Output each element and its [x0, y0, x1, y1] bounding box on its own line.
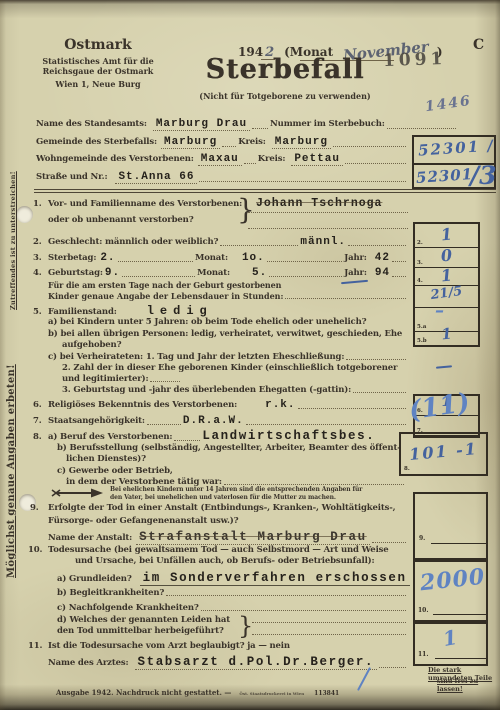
strasse-label: Straße und Nr.: [36, 172, 107, 182]
q1-value: Johann Tschrnoga [256, 197, 382, 210]
form-subtitle: (Nicht für Totgeborene zu verwenden) [185, 91, 385, 101]
q6-number: 6. [33, 400, 48, 410]
issuer-office-line1: Statistisches Amt für die [38, 56, 158, 66]
field-gemeinde: Gemeinde des Sterbefalls: Marburg Kreis:… [36, 136, 408, 149]
q4-month: 5. [252, 267, 267, 279]
code-line2-number: 52301 [415, 165, 473, 187]
issuer-office-line2: Reichsgaue der Ostmark [38, 66, 158, 76]
q9-label2: Fürsorge- oder Gefangenenanstalt usw.)? [48, 516, 238, 526]
q10a-row: a) Grundleiden? im Sonderverfahren ersch… [57, 571, 408, 586]
q3-day: 2. [100, 252, 115, 264]
q10-label2: und Ursache, bei Unfällen auch, ob Beruf… [75, 556, 375, 566]
q9-row1: 9. Erfolgte der Tod in einer Anstalt (En… [30, 503, 410, 513]
q10-label1: Todesursache (bei gewaltsamem Tod — auch… [48, 545, 389, 555]
standesamt-value: Marburg Drau [153, 118, 250, 131]
q3-month: 1o. [242, 252, 265, 264]
q5c3-row: 3. Geburtstag und -jahr des überlebenden… [62, 385, 408, 395]
penciled-number: 1446 [424, 93, 473, 115]
kreis2-label: Kreis: [258, 154, 286, 164]
q8b-label1: b) Berufsstellung (selbständig, Angestel… [57, 443, 401, 453]
registry-code-box: 52301 / 52301 /3 [412, 135, 496, 189]
q4-month-label: Monat: [197, 268, 230, 278]
corner-mark: C [473, 37, 484, 53]
arrow-icon [50, 487, 104, 499]
q5c2-blue-dash [436, 365, 452, 368]
code-line1: 52301 / [417, 136, 495, 159]
q11-name-value: Stabsarzt d.Pol.Dr.Berger. [135, 655, 378, 670]
answer-box-10: 10. 2000 [413, 560, 488, 622]
answer-box-9: 9. [413, 492, 488, 560]
blue-check-mark [357, 667, 371, 691]
q10-number: 10. [28, 545, 48, 555]
q6-value: r.k. [265, 399, 295, 411]
wohngemeinde-label: Wohngemeinde des Verstorbenen: [36, 154, 194, 164]
q1-label2: oder ob unbenannt verstorben? [48, 215, 194, 225]
q9-number: 9. [30, 503, 48, 513]
q11-label: Ist die Todesursache vom Arzt beglaubigt… [48, 641, 290, 651]
q4-label: Geburtstag: [48, 268, 103, 278]
q10a-label: a) Grundleiden? [57, 574, 132, 584]
answer-box-11: 11. 1 [413, 622, 488, 666]
q11-name-row: Name des Arztes: Stabsarzt d.Pol.Dr.Berg… [48, 655, 408, 670]
issuer-block: Ostmark Statistisches Amt für die Reichs… [38, 37, 158, 89]
field-strasse: Straße und Nr.: St.Anna 66 [36, 171, 408, 184]
serial-stamp: 1091 [383, 49, 447, 71]
q5c2-label1: 2. Zahl der in dieser Ehe geborenen Kind… [62, 363, 397, 373]
q6-label: Religiöses Bekenntnis des Verstorbenen: [48, 400, 237, 410]
q4-number: 4. [33, 268, 48, 278]
q9-name-label: Name der Anstalt: [48, 533, 132, 543]
q4-note2-row: Kinder genaue Angabe der Lebensdauer in … [48, 291, 408, 301]
q10c-row: c) Nachfolgende Krankheiten? [57, 603, 408, 613]
q11-row: 11. Ist die Todesursache vom Arzt beglau… [28, 641, 410, 651]
code-line2-fraction: /3 [470, 161, 497, 190]
header-divider [34, 189, 496, 193]
q11-number: 11. [28, 641, 48, 651]
punch-hole-top [16, 206, 33, 223]
q10b-label: b) Begleitkrankheiten? [57, 588, 164, 598]
q8a-label: a) Beruf des Verstorbenen: [48, 432, 172, 442]
q2-value: männl. [300, 236, 346, 248]
answer-label-8: 8. [404, 466, 410, 472]
kreis1-value: Marburg [272, 136, 331, 149]
q7-label: Staatsangehörigkeit: [48, 416, 145, 426]
q5a-label: a) bei Kindern unter 5 Jahren: ob beim T… [48, 317, 366, 327]
kreis2-value: Pettau [291, 153, 343, 166]
q7-value: D.R.a.W. [183, 415, 244, 427]
q5c1-label: c) bei Verheirateten: 1. Tag und Jahr de… [48, 352, 344, 362]
q10a-value: im Sonderverfahren erschossen [140, 571, 410, 586]
q4-year-label: Jahr: [344, 268, 367, 278]
arrow-note-line2: den Vater, bei unehelichen und vaterlose… [110, 494, 336, 501]
kreis1-label: Kreis: [238, 137, 266, 147]
q8a-value: Landwirtschaftsbes. [202, 429, 375, 443]
q4-year-blue-underline [341, 280, 368, 284]
margin-note-underline: Zutreffendes ist zu unterstreichen! [9, 171, 17, 310]
imprint-text: Ausgabe 1942. Nachdruck nicht gestattet.… [56, 688, 231, 697]
q8-number: 8. [33, 432, 48, 442]
q6-row: 6. Religiöses Bekenntnis des Verstorbene… [33, 399, 408, 411]
answer-value-11: 1 [441, 625, 459, 651]
q2-number: 2. [33, 237, 48, 247]
q5-number: 5. [33, 307, 48, 317]
q4-day: 9. [105, 267, 120, 279]
q7-row: 7. Staatsangehörigkeit: D.R.a.W. [33, 415, 408, 427]
q1-brace: } [237, 193, 255, 226]
q5c2-label2: und legitimierter): [62, 374, 148, 384]
q3-month-label: Monat: [195, 253, 228, 263]
q8c-label1: c) Gewerbe oder Betrieb, [57, 466, 173, 476]
answer-box-8: 8. 101 -1 [399, 432, 488, 476]
issuer-region: Ostmark [38, 37, 158, 53]
q5b-label1: b) bei allen übrigen Personen: ledig, ve… [48, 329, 402, 339]
q3-number: 3. [33, 253, 48, 263]
answer-value-10: 2000 [419, 564, 487, 597]
q4-note1: Für die am ersten Tage nach der Geburt g… [48, 280, 281, 290]
q5b-label2: aufgehoben? [62, 340, 121, 350]
q3-row: 3. Sterbetag: 2. Monat: 1o. Jahr: 42 [33, 252, 408, 264]
standesamt-label: Name des Standesamts: [36, 119, 147, 129]
print-number: 113841 [314, 690, 339, 697]
q4-year: 94 [375, 267, 390, 279]
answer-value-5a: – [401, 300, 478, 321]
answer-value-8: 101 -1 [400, 438, 486, 464]
q5c2-row2: und legitimierter): [62, 374, 188, 384]
sterbebuch-label: Nummer im Sterbebuch: [270, 119, 385, 129]
q1-label1: Vor- und Familienname des Verstorbenen: [48, 199, 242, 209]
q10d-brace: } [238, 612, 253, 640]
q3-year: 42 [375, 252, 390, 264]
q4-row: 4. Geburtstag: 9. Monat: 5. Jahr: 94 [33, 267, 408, 279]
printer-text: Öst. Staatsdruckerei in Wien [239, 691, 304, 696]
margin-note-accuracy: Möglichst genaue Angaben erbeten! [6, 364, 17, 578]
q3-year-label: Jahr: [344, 253, 367, 263]
q10-row1: 10. Todesursache (bei gewaltsamem Tod — … [28, 545, 410, 555]
death-record-form: Ostmark Statistisches Amt für die Reichs… [0, 0, 500, 710]
strasse-value: St.Anna 66 [115, 171, 197, 184]
q8a-row: 8. a) Beruf des Verstorbenen: Landwirtsc… [33, 429, 408, 443]
q10d-label1: d) Welches der genannten Leiden hat [57, 615, 230, 625]
arrow-note-line1: Bei ehelichen Kindern unter 14 Jahren si… [110, 486, 362, 493]
wohngemeinde-value: Maxau [198, 153, 242, 166]
q1-line2: oder ob unbenannt verstorben? [48, 215, 228, 225]
q8b-label2: lichen Dienstes)? [66, 454, 146, 464]
q5c3-label: 3. Geburtstag und -jahr des überlebenden… [62, 385, 351, 395]
issuer-office-line3: Wien 1, Neue Burg [38, 79, 158, 89]
q3-label: Sterbetag: [48, 253, 96, 263]
q9-name-value: Strafanstalt Marburg Drau [136, 530, 370, 545]
q9-name-row: Name der Anstalt: Strafanstalt Marburg D… [48, 530, 408, 545]
q5-label: Familienstand: [48, 307, 117, 317]
q1-line1: 1. Vor- und Familienname des Verstorbene… [33, 199, 253, 209]
answer-label-9: 9. [419, 535, 425, 542]
answer-label-10: 10. [418, 607, 428, 614]
q10d-label2: den Tod unmittelbar herbeigeführt? [57, 626, 224, 636]
answer-row-5b: 5.b 1 [415, 332, 478, 345]
q11-name-label: Name des Arztes: [48, 658, 129, 668]
footer-imprint-row: Ausgabe 1942. Nachdruck nicht gestattet.… [56, 688, 356, 697]
form-title: Sterbefall [200, 54, 370, 85]
answer-label-11: 11. [418, 651, 428, 658]
q5c1-row: c) bei Verheirateten: 1. Tag und Jahr de… [48, 352, 408, 362]
q10c-label: c) Nachfolgende Krankheiten? [57, 603, 199, 613]
q9-label1: Erfolgte der Tod in einer Anstalt (Entbi… [48, 503, 395, 513]
frame-note-line2: sind frei zu lassen! [437, 677, 500, 693]
gemeinde-label: Gemeinde des Sterbefalls: [36, 137, 157, 147]
q10b-row: b) Begleitkrankheiten? [57, 588, 408, 598]
q7-number: 7. [33, 416, 48, 426]
q2-row: 2. Geschlecht: männlich oder weiblich? m… [33, 236, 408, 248]
answer-box-2-5: 2. 1 3. 0 4. 1 21/5 5.a – 5.b 1 [413, 222, 480, 347]
q1-number: 1. [33, 199, 48, 209]
q5-value: ledig [147, 304, 213, 318]
gemeinde-value: Marburg [161, 136, 220, 149]
q5-row: 5. Familienstand: ledig [33, 304, 333, 318]
q4-note2: Kinder genaue Angabe der Lebensdauer in … [48, 291, 283, 301]
q2-label: Geschlecht: männlich oder weiblich? [48, 237, 218, 247]
field-wohngemeinde: Wohngemeinde des Verstorbenen: Maxau Kre… [36, 153, 408, 166]
field-standesamt: Name des Standesamts: Marburg Drau Numme… [36, 118, 458, 131]
